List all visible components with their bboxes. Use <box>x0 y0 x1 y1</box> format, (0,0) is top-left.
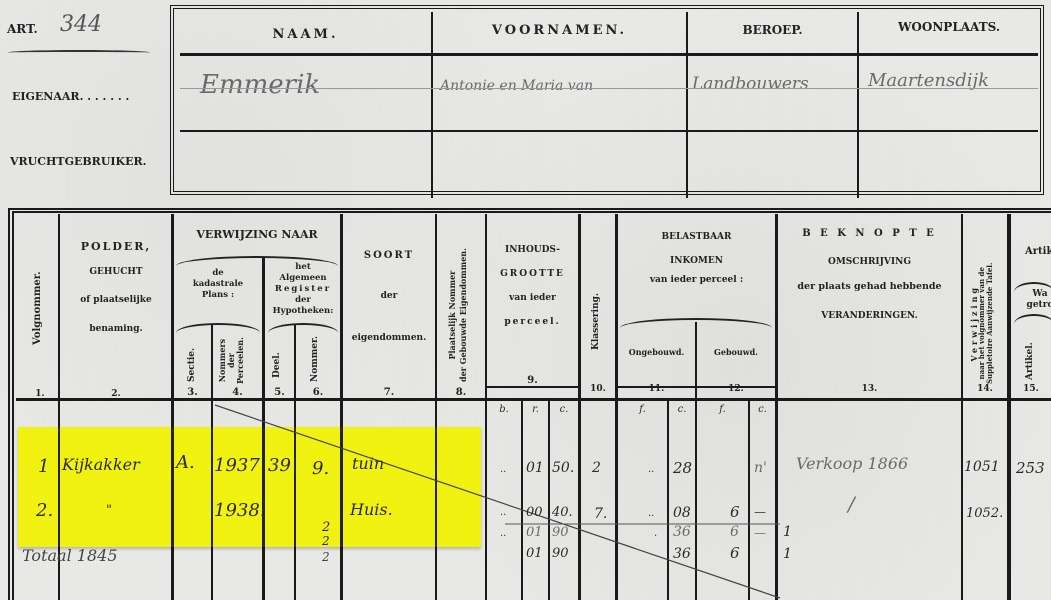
row1-volgnummer: 1 <box>38 456 49 477</box>
row2-c: 40. <box>552 505 573 520</box>
subtotal-ongebouwd-f: . <box>654 528 657 539</box>
subtotal-gebouwd-f: 6 <box>730 524 739 540</box>
row1-sectie: A. <box>176 452 195 473</box>
subtotal-mark: 1 <box>783 524 792 540</box>
row1-c: 50. <box>552 460 574 476</box>
subtotal-nommer: 2 <box>322 534 330 548</box>
row2-b: .. <box>500 507 506 518</box>
row1-r: 01 <box>526 460 544 476</box>
row1-nommer: 9. <box>312 458 329 479</box>
row2-omschrijving: / <box>848 492 855 516</box>
row1-b: .. <box>500 464 506 475</box>
row2-ongebouwd-f: .. <box>648 508 654 519</box>
row2-gebouwd-c: — <box>754 505 766 519</box>
row1-deel: 39 <box>268 455 291 476</box>
subtotal-c: 90 <box>552 525 569 540</box>
row2-gebouwd-f: 6 <box>730 503 740 521</box>
row2-soort: Huis. <box>350 500 393 519</box>
row1-omschrijving: Verkoop 1866 <box>796 454 908 473</box>
total-r: 01 <box>526 546 543 561</box>
row1-gebouwd-c: n' <box>754 460 767 476</box>
total-mark: 1 <box>783 546 792 562</box>
row2-ongebouwd-c: 08 <box>673 505 691 521</box>
row1-artikel: 253 <box>1016 459 1045 477</box>
row1-ongebouwd-c: 28 <box>673 459 692 477</box>
subtotal-ongebouwd-c: 36 <box>673 524 691 540</box>
row1-verwijzing: 1051 <box>964 459 1000 475</box>
row2-klassering: 7. <box>594 506 607 522</box>
subtotal-gebouwd-c: — <box>754 526 766 540</box>
total-gebouwd-f: 6 <box>730 544 740 562</box>
total-c: 90 <box>552 546 569 561</box>
total-label: Totaal 1845 <box>22 546 118 565</box>
total-nommer: 2 <box>322 550 330 564</box>
row1-soort: tuin <box>352 454 384 473</box>
row2-verwijzing: 1052. <box>966 506 1003 521</box>
row2-nommer: 2 <box>322 520 330 535</box>
row2-polder-ditto: " <box>106 503 112 518</box>
subtotal-b: .. <box>500 528 506 539</box>
row1-ongebouwd-f: .. <box>648 464 654 475</box>
row2-volgnummer: 2. <box>36 500 53 521</box>
row1-perceel: 1937 <box>214 455 260 476</box>
subtotal-r: 01 <box>526 525 543 540</box>
row2-r: 00 <box>526 505 543 520</box>
row1-polder: Kijkakker <box>62 455 140 474</box>
row1-klassering: 2 <box>592 460 601 476</box>
row2-perceel: 1938. <box>214 500 266 521</box>
total-ongebouwd-c: 36 <box>673 546 691 562</box>
